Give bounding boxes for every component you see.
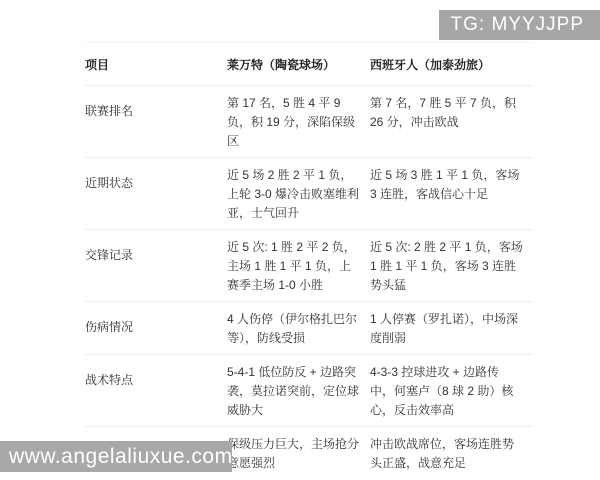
header-row: 项目 莱万特（陶瓷球场） 西班牙人（加泰劲旅） [85, 43, 533, 86]
column-header-item: 项目 [85, 43, 227, 86]
watermark-url: www.angelaliuxue.com [0, 441, 232, 472]
home-team-cell: 第 17 名，5 胜 4 平 9 负，积 19 分，深陷保级区 [227, 86, 370, 158]
home-team-cell: 近 5 场 2 胜 2 平 1 负，上轮 3-0 爆冷击败塞维利亚，士气回升 [227, 158, 370, 230]
telegram-badge: TG: MYYJJPP [439, 10, 600, 40]
away-team-cell: 4-3-3 控球进攻 + 边路传中，何塞卢（8 球 2 助）核心，反击效率高 [370, 355, 533, 427]
column-header-away-team: 西班牙人（加泰劲旅） [370, 43, 533, 86]
row-label: 联赛排名 [85, 86, 227, 158]
home-team-cell: 4 人伤停（伊尔格扎巴尔等），防线受损 [227, 302, 370, 355]
row-label: 伤病情况 [85, 302, 227, 355]
away-team-cell: 近 5 场 3 胜 1 平 1 负，客场 3 连胜，客战信心十足 [370, 158, 533, 230]
home-team-cell: 5-4-1 低位防反 + 边路突袭，莫拉诺突前，定位球威胁大 [227, 355, 370, 427]
table-row: 战术特点 5-4-1 低位防反 + 边路突袭，莫拉诺突前，定位球威胁大 4-3-… [85, 355, 533, 427]
column-header-home-team: 莱万特（陶瓷球场） [227, 43, 370, 86]
away-team-cell: 1 人停赛（罗扎诺），中场深度削弱 [370, 302, 533, 355]
comparison-table: 项目 莱万特（陶瓷球场） 西班牙人（加泰劲旅） 联赛排名 第 17 名，5 胜 … [85, 43, 533, 479]
away-team-cell: 近 5 次: 2 胜 2 平 1 负，客场 1 胜 1 平 1 负，客场 3 连… [370, 230, 533, 302]
row-label: 交锋记录 [85, 230, 227, 302]
row-label: 近期状态 [85, 158, 227, 230]
home-team-cell: 近 5 次: 1 胜 2 平 2 负，主场 1 胜 1 平 1 负，上赛季主场 … [227, 230, 370, 302]
table-row: 伤病情况 4 人伤停（伊尔格扎巴尔等），防线受损 1 人停赛（罗扎诺），中场深度… [85, 302, 533, 355]
home-team-cell: 保级压力巨大，主场抢分意愿强烈 [227, 427, 370, 480]
table-row: 联赛排名 第 17 名，5 胜 4 平 9 负，积 19 分，深陷保级区 第 7… [85, 86, 533, 158]
away-team-cell: 第 7 名，7 胜 5 平 7 负，积 26 分，冲击欧战 [370, 86, 533, 158]
table-row: 交锋记录 近 5 次: 1 胜 2 平 2 负，主场 1 胜 1 平 1 负，上… [85, 230, 533, 302]
team-comparison-table: 项目 莱万特（陶瓷球场） 西班牙人（加泰劲旅） 联赛排名 第 17 名，5 胜 … [85, 42, 533, 479]
table-row: 近期状态 近 5 场 2 胜 2 平 1 负，上轮 3-0 爆冷击败塞维利亚，士… [85, 158, 533, 230]
row-label: 战术特点 [85, 355, 227, 427]
away-team-cell: 冲击欧战席位，客场连胜势头正盛，战意充足 [370, 427, 533, 480]
